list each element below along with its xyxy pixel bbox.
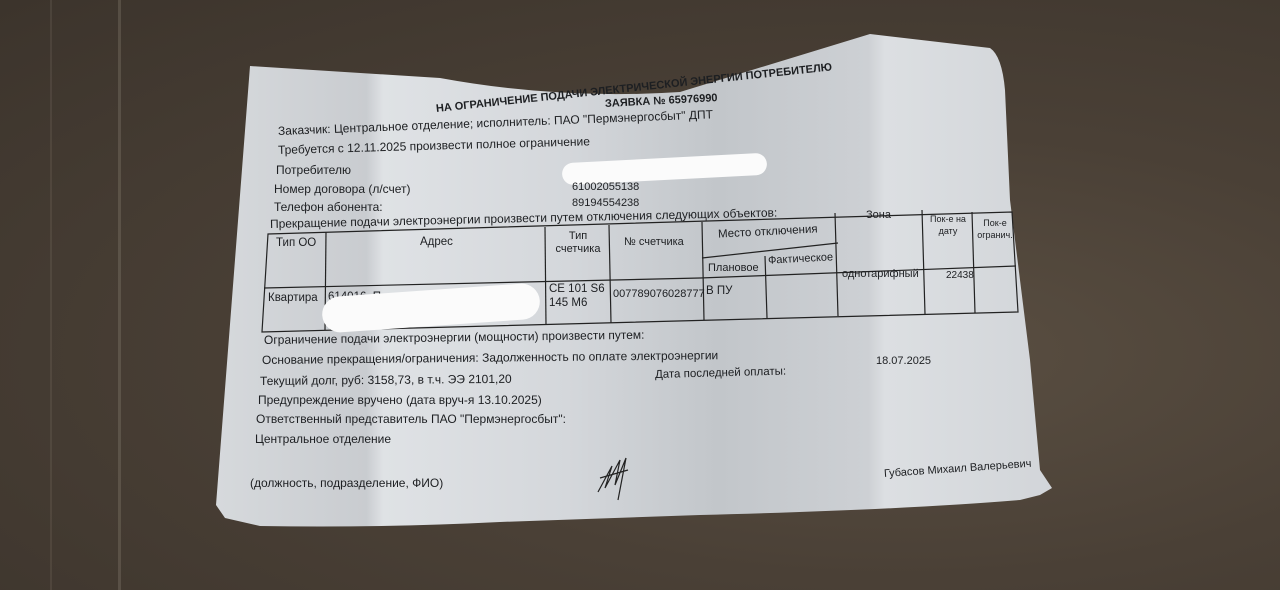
department-line: Центральное отделение — [255, 432, 391, 446]
header-type: Тип ОО — [276, 237, 316, 249]
row-meter-type-1: CE 101 S6 — [549, 283, 605, 295]
header-address: Адрес — [420, 236, 453, 248]
header-meter-number: № счетчика — [624, 236, 684, 248]
paper-document: ЗАЯВКА № 65976990 НА ОГРАНИЧЕНИЕ ПОДАЧИ … — [0, 0, 1280, 590]
row-reading-date: 22438 — [946, 270, 974, 281]
contract-value: 61002055138 — [572, 181, 639, 193]
header-meter-type: Тип счетчика — [549, 230, 607, 256]
signature-caption: (должность, подразделение, ФИО) — [250, 476, 443, 490]
consumer-label: Потребителю — [276, 163, 351, 177]
row-planned: В ПУ — [706, 285, 732, 297]
header-reading-date: Пок-е на дату — [925, 213, 971, 237]
warning-line: Предупреждение вручено (дата вруч-я 13.1… — [258, 393, 542, 407]
phone-label: Телефон абонента: — [274, 200, 383, 214]
row-meter-type-2: 145 M6 — [549, 297, 587, 309]
phone-value: 89194554238 — [572, 197, 639, 209]
responsible-line: Ответственный представитель ПАО "Пермэне… — [256, 412, 566, 426]
last-payment-value: 18.07.2025 — [876, 355, 931, 367]
header-zone: Зона — [866, 209, 891, 221]
row-meter-number: 007789076028777 — [613, 288, 705, 300]
header-reading-limit: Пок-е огранич. — [975, 217, 1015, 241]
contract-label: Номер договора (л/счет) — [274, 182, 411, 196]
debt-line: Текущий долг, руб: 3158,73, в т.ч. ЭЭ 21… — [260, 372, 512, 388]
row-zone: однотарифный — [842, 268, 919, 280]
header-planned: Плановое — [708, 262, 759, 274]
row-type: Квартира — [268, 292, 318, 304]
